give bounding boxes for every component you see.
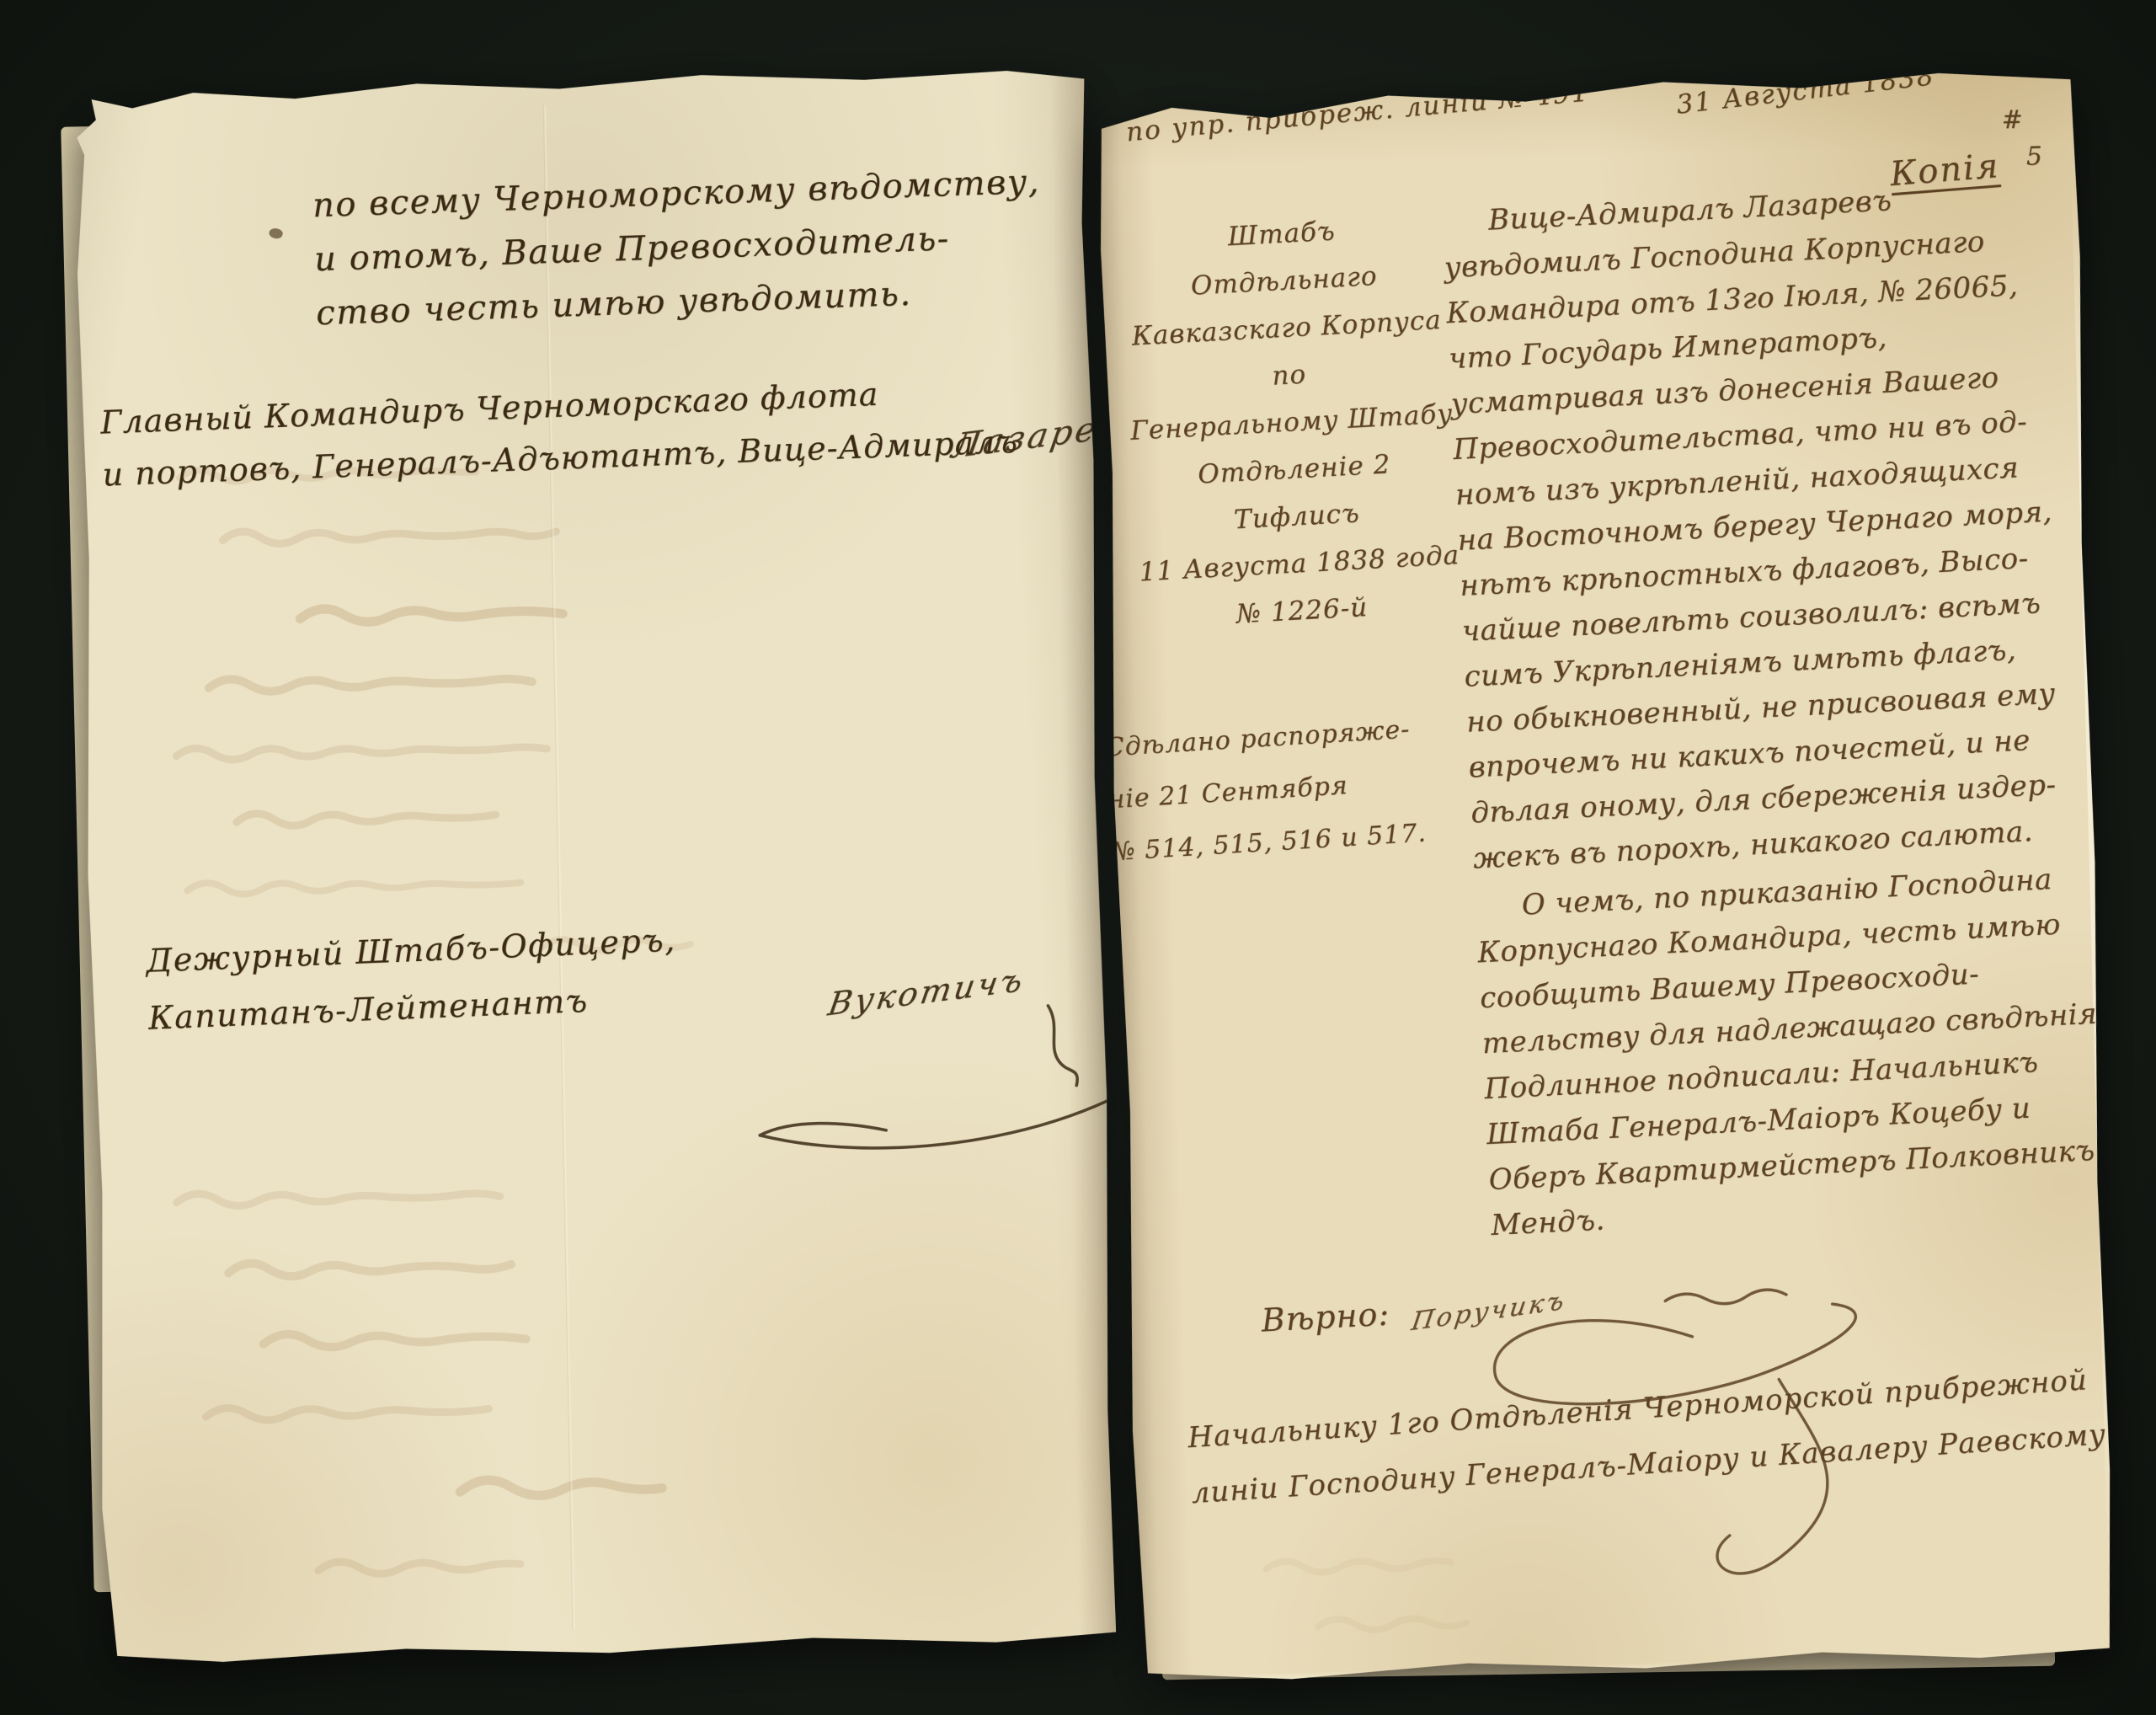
right-page-paper: по упр. прибреж. линіи № 491 31 Августа … xyxy=(1092,65,2117,1686)
letterhead-block: ШтабъОтдѣльнагоКавказскаго КорпусапоГене… xyxy=(1097,200,1486,644)
left-page-paper: по всему Черноморскому вѣдомству,и отомъ… xyxy=(71,65,1118,1668)
duty-officer-block: Дежурный Штабъ-Офицеръ,Капитанъ-Лейтенан… xyxy=(145,911,679,1047)
sheet-number: 5 xyxy=(2025,142,2042,171)
registration-date: 31 Августа 1838 xyxy=(1675,61,1937,120)
sheet-mark: # xyxy=(2001,105,2023,136)
body-paragraph-2: О чемъ, по приказанію ГосподинаКорпуснаг… xyxy=(1475,854,2121,1248)
page-bottom-highlight xyxy=(1160,1651,2093,1684)
certification-line: Вѣрно: Поручикъ xyxy=(1261,1286,1566,1339)
margin-note: Сдѣлано распоряже-ніе 21 Сентября№ 514, … xyxy=(1103,699,1499,879)
body-paragraph-1: Вице-Адмиралъ Лазаревъувѣдомилъ Господин… xyxy=(1441,169,2104,882)
address-block: Начальнику 1го Отдѣленія Черноморской пр… xyxy=(1186,1350,2117,1521)
commander-signature-block: Главный Командиръ Черноморскаго флотаи п… xyxy=(99,363,1019,501)
right-page: по упр. прибреж. линіи № 491 31 Августа … xyxy=(1092,65,2117,1686)
registration-note: по упр. прибреж. линіи № 491 xyxy=(1125,77,1591,147)
memo-block: по всему Черноморскому вѣдомству,и отомъ… xyxy=(312,155,1044,341)
fold-crease xyxy=(543,105,576,1630)
manuscript-scan: по всему Черноморскому вѣдомству,и отомъ… xyxy=(0,0,2156,1715)
vukotich-signature: Вукотичъ xyxy=(824,951,1029,1034)
body-text: Вице-Адмиралъ Лазаревъувѣдомилъ Господин… xyxy=(1441,169,2121,1248)
certification-officer: Поручикъ xyxy=(1409,1286,1568,1338)
ink-smudge xyxy=(268,227,284,241)
duty-lines: Дежурный Штабъ-Офицеръ,Капитанъ-Лейтенан… xyxy=(145,911,679,1047)
left-page: по всему Черноморскому вѣдомству,и отомъ… xyxy=(71,65,1118,1668)
certification-label: Вѣрно: xyxy=(1261,1296,1391,1339)
commander-lines: Главный Командиръ Черноморскаго флотаи п… xyxy=(99,363,1019,501)
